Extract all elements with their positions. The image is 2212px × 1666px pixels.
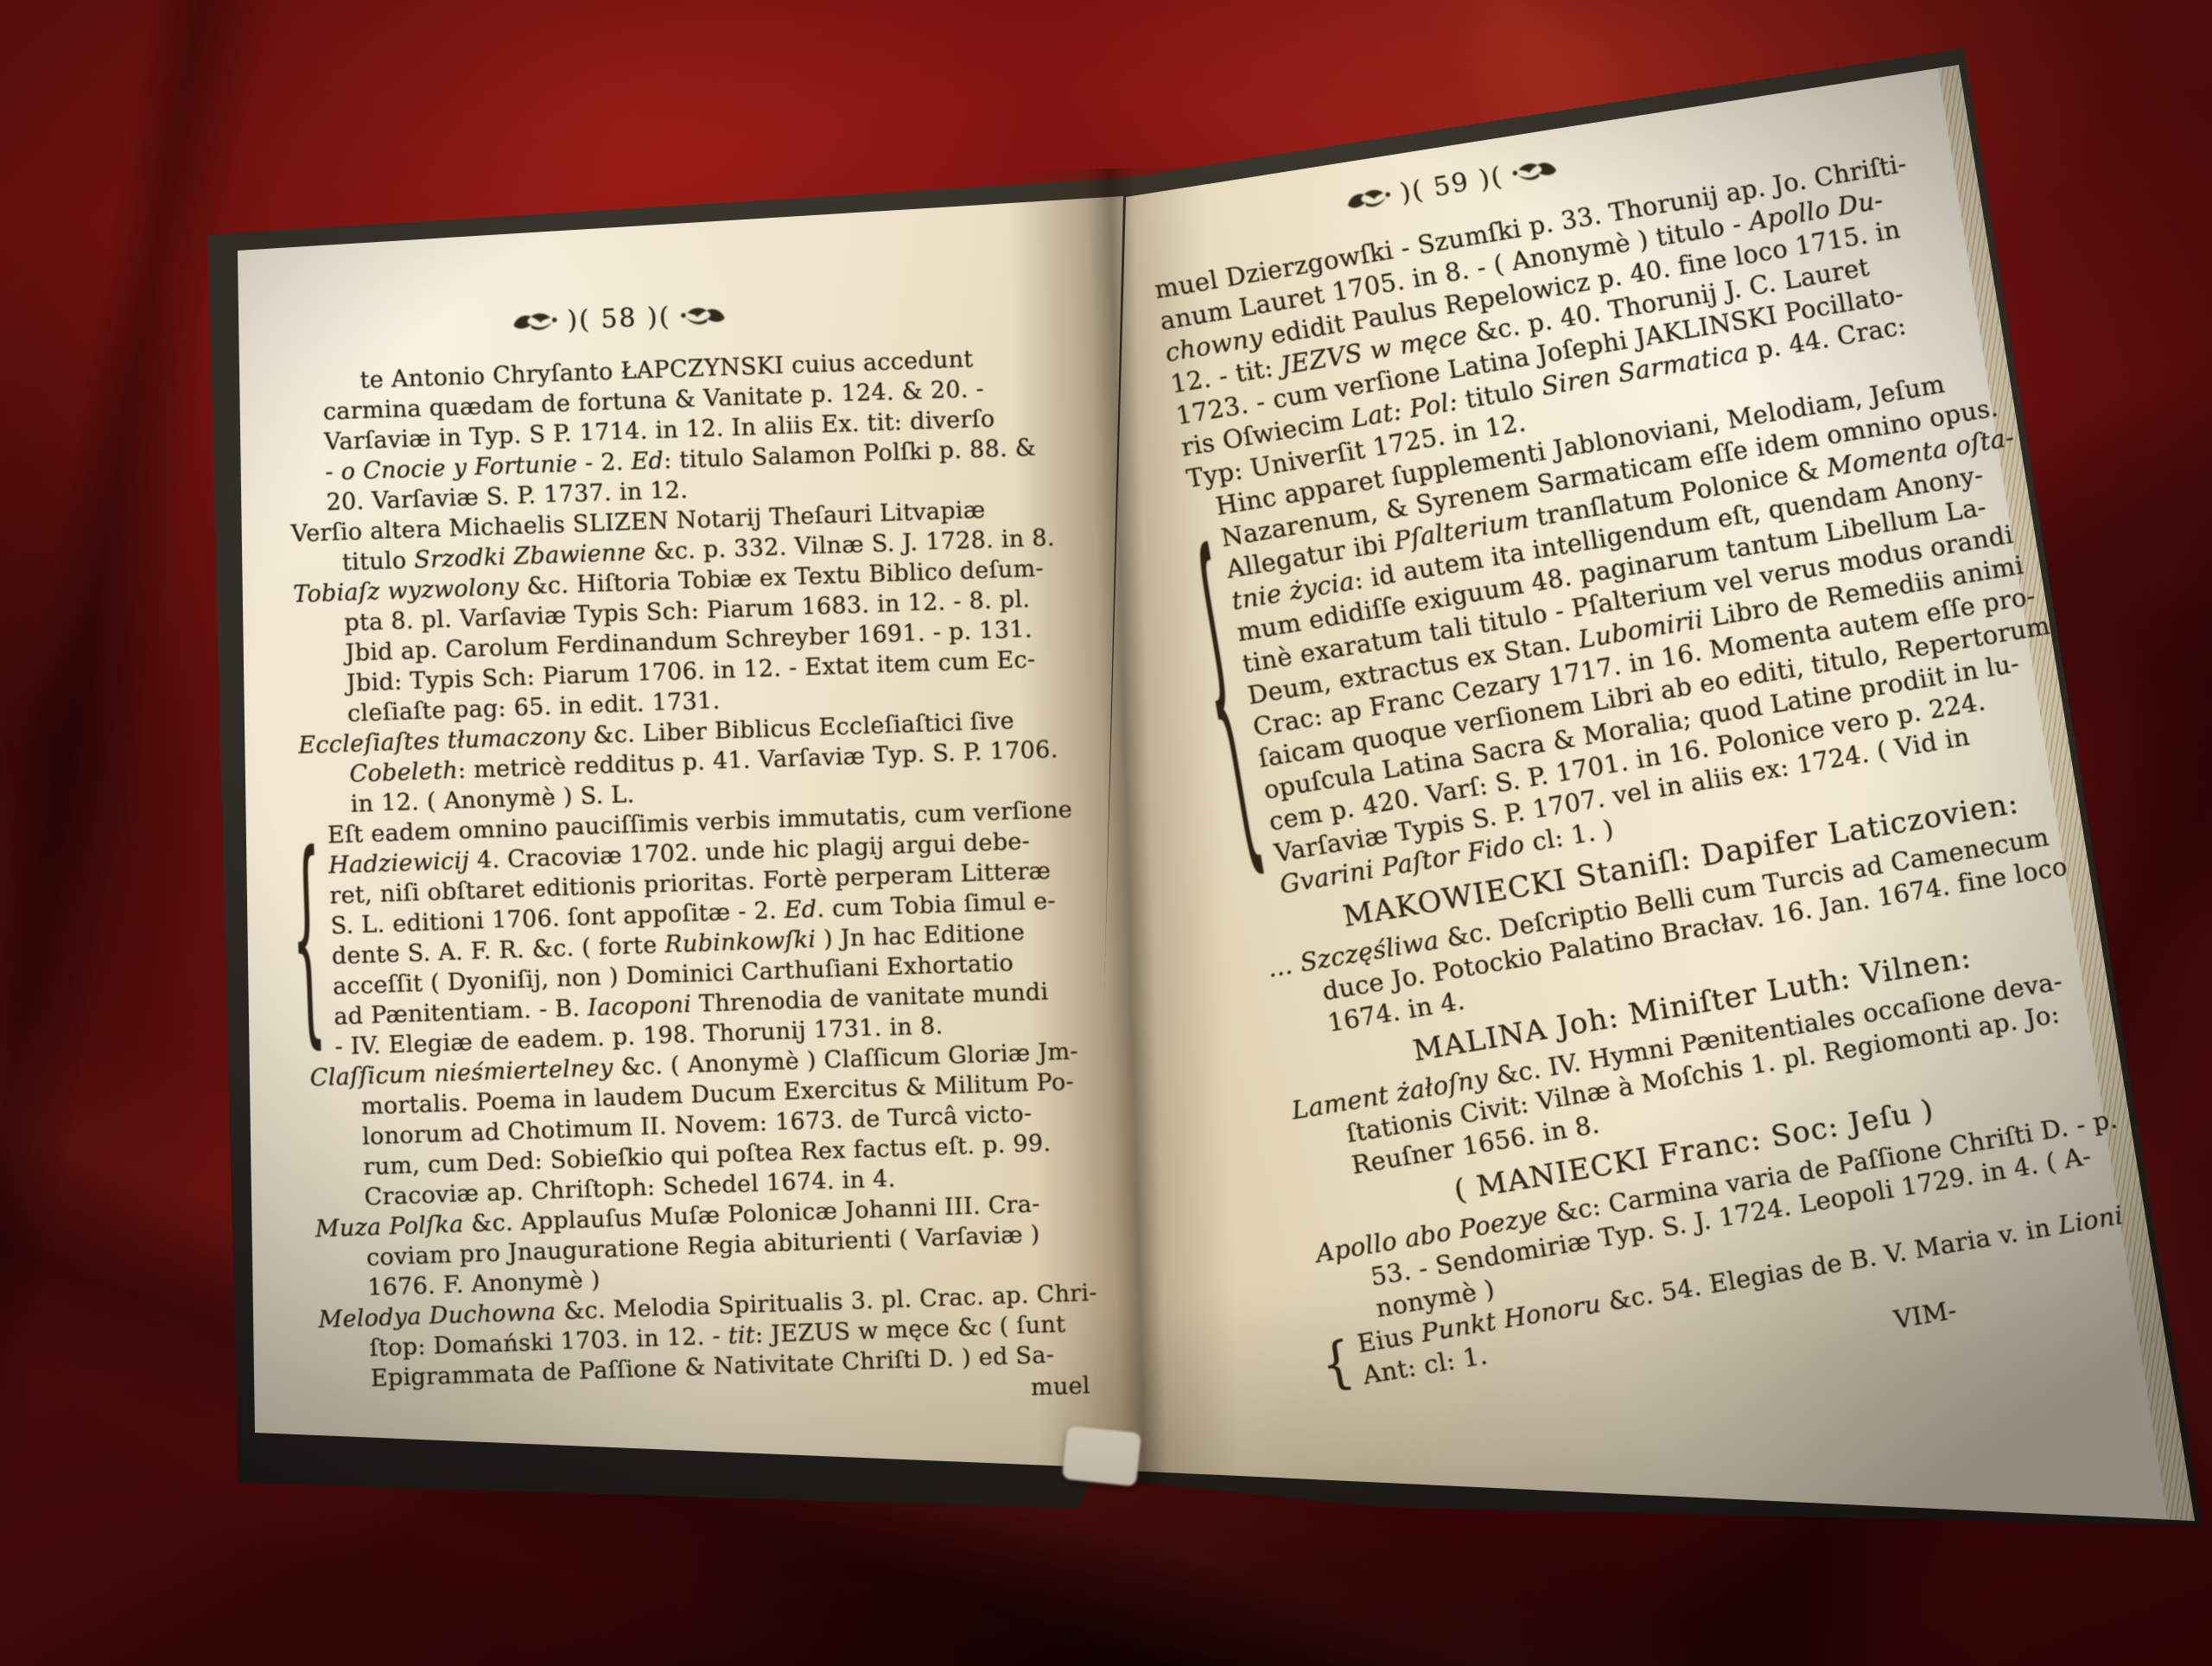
margin-brace: { bbox=[289, 830, 327, 1055]
fleuron-ornament-icon bbox=[1342, 183, 1394, 215]
margin-brace: { bbox=[1318, 1333, 1357, 1394]
fleuron-ornament-icon bbox=[1510, 155, 1561, 187]
left-page: )( 58 )( te Antonio Chryſanto ŁAPCZYNSKI… bbox=[233, 186, 1128, 1482]
page-header: )( 58 )( bbox=[510, 287, 1105, 338]
photo-of-open-book: )( 58 )( te Antonio Chryſanto ŁAPCZYNSKI… bbox=[0, 0, 2212, 1666]
entry-paragraph: Tobiaſz wyzwolony &c. Hiſtoria Tobiæ ex … bbox=[293, 551, 1119, 731]
bookmark-ribbon bbox=[1062, 1426, 1141, 1487]
entry-paragraph: {Eſt eadem omnino pauciſſimis verbis imm… bbox=[301, 792, 1128, 1063]
right-page: )( 59 )( muel Dzierzgowſki - Szumſki p. … bbox=[1084, 52, 2208, 1538]
entry-paragraph: Claſſicum nieśmiertelney &c. ( Anonymè )… bbox=[309, 1034, 1128, 1214]
fleuron-ornament-icon bbox=[679, 303, 728, 329]
page-number-header: )( 59 )( bbox=[1398, 161, 1506, 210]
fleuron-ornament-icon bbox=[510, 308, 559, 334]
right-page-text: )( 59 )( muel Dzierzgowſki - Szumſki p. … bbox=[1141, 74, 2208, 1429]
entry-paragraph: te Antonio Chryſanto ŁAPCZYNSKI cuius ac… bbox=[285, 340, 1111, 519]
left-page-text: )( 58 )( te Antonio Chryſanto ŁAPCZYNSKI… bbox=[283, 287, 1128, 1428]
page-number-header: )( 58 )( bbox=[567, 302, 671, 335]
